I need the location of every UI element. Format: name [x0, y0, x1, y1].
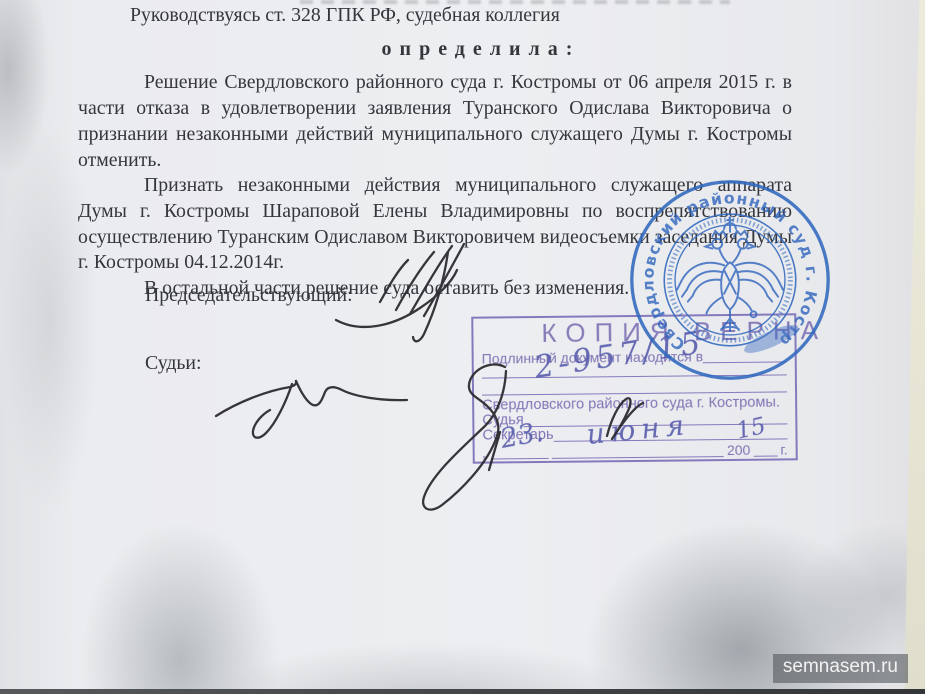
ruling-heading: определила: — [124, 37, 838, 63]
site-watermark: semnasem.ru — [773, 654, 908, 683]
judges-label: Судьи: — [145, 352, 202, 375]
handwritten-date-year: 15 — [734, 413, 768, 445]
ruling-paragraph-1: Решение Свердловского районного суда г. … — [78, 70, 792, 173]
date-year-suffix: г. — [780, 442, 787, 456]
copy-certification-stamp: КОПИЯ ВЕРНА Подлинный документ находится… — [471, 313, 798, 463]
intro-line: Руководствуясь ст. 328 ГПК РФ, судебная … — [78, 3, 792, 29]
blank-line — [703, 349, 787, 363]
date-open-quote: „ — [483, 446, 488, 460]
court-ruling-photo: Руководствуясь ст. 328 ГПК РФ, судебная … — [0, 0, 925, 694]
date-year-printed: 200 — [727, 443, 751, 457]
table-edge-shadow — [0, 689, 925, 694]
date-year-line — [753, 444, 777, 457]
ruling-paragraph-2: Признать незаконными действия муниципаль… — [78, 173, 792, 276]
blank-line — [482, 374, 787, 378]
ruling-text-block: Руководствуясь ст. 328 ГПК РФ, судебная … — [78, 0, 792, 302]
date-month-line — [551, 444, 724, 459]
presiding-judge-label: Председательствующий: — [145, 284, 353, 307]
